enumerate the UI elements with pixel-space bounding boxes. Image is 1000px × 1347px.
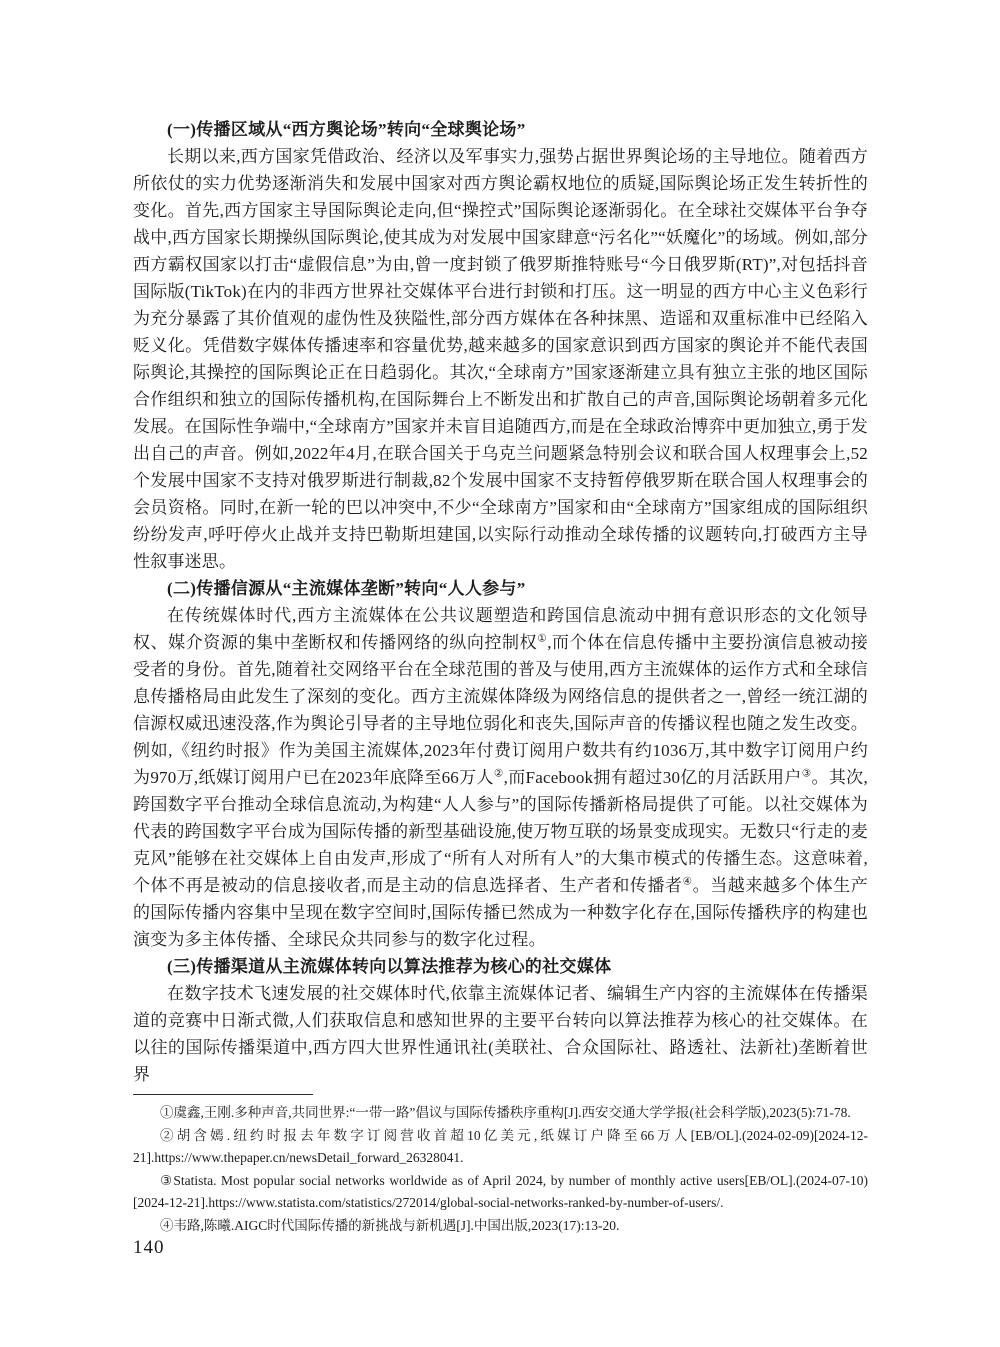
paragraph-text: ,而Facebook拥有超过30亿的月活跃用户 [504, 768, 802, 787]
article-body: (一)传播区域从“西方舆论场”转向“全球舆论场” 长期以来,西方国家凭借政治、经… [133, 116, 868, 1088]
section-1-heading: (一)传播区域从“西方舆论场”转向“全球舆论场” [133, 116, 868, 143]
section-2-paragraph: 在传统媒体时代,西方主流媒体在公共议题塑造和跨国信息流动中拥有意识形态的文化领导… [133, 602, 868, 953]
section-3: (三)传播渠道从主流媒体转向以算法推荐为核心的社交媒体 在数字技术飞速发展的社交… [133, 953, 868, 1088]
footnote-ref-4: ④ [683, 876, 693, 887]
footnote-divider [133, 1094, 313, 1095]
page-number: 140 [133, 1237, 165, 1259]
section-1: (一)传播区域从“西方舆论场”转向“全球舆论场” 长期以来,西方国家凭借政治、经… [133, 116, 868, 575]
section-3-paragraph: 在数字技术飞速发展的社交媒体时代,依靠主流媒体记者、编辑生产内容的主流媒体在传播… [133, 980, 868, 1088]
section-1-paragraph: 长期以来,西方国家凭借政治、经济以及军事实力,强势占据世界舆论场的主导地位。随着… [133, 143, 868, 575]
footnote-2: ②胡含嫣.纽约时报去年数字订阅营收首超10亿美元,纸媒订户降至66万人[EB/O… [133, 1125, 868, 1170]
section-3-heading: (三)传播渠道从主流媒体转向以算法推荐为核心的社交媒体 [133, 953, 868, 980]
footnotes-block: ①虞鑫,王刚.多种声音,共同世界:“一带一路”倡议与国际传播秩序重构[J].西安… [133, 1094, 868, 1237]
footnote-ref-1: ① [537, 633, 547, 644]
footnote-1: ①虞鑫,王刚.多种声音,共同世界:“一带一路”倡议与国际传播秩序重构[J].西安… [133, 1102, 868, 1125]
journal-page: (一)传播区域从“西方舆论场”转向“全球舆论场” 长期以来,西方国家凭借政治、经… [0, 0, 1000, 1347]
footnote-4: ④韦路,陈曦.AIGC时代国际传播的新挑战与新机遇[J].中国出版,2023(1… [133, 1215, 868, 1238]
section-2: (二)传播信源从“主流媒体垄断”转向“人人参与” 在传统媒体时代,西方主流媒体在… [133, 575, 868, 953]
footnote-3: ③Statista. Most popular social networks … [133, 1170, 868, 1215]
paragraph-text: 长期以来,西方国家凭借政治、经济以及军事实力,强势占据世界舆论场的主导地位。随着… [133, 147, 868, 571]
footnote-ref-2: ② [494, 768, 504, 779]
paragraph-text: ,而个体在信息传播中主要扮演信息被动接受者的身份。首先,随着社交网络平台在全球范… [133, 633, 868, 787]
paragraph-text: 在数字技术飞速发展的社交媒体时代,依靠主流媒体记者、编辑生产内容的主流媒体在传播… [133, 984, 868, 1084]
section-2-heading: (二)传播信源从“主流媒体垄断”转向“人人参与” [133, 575, 868, 602]
